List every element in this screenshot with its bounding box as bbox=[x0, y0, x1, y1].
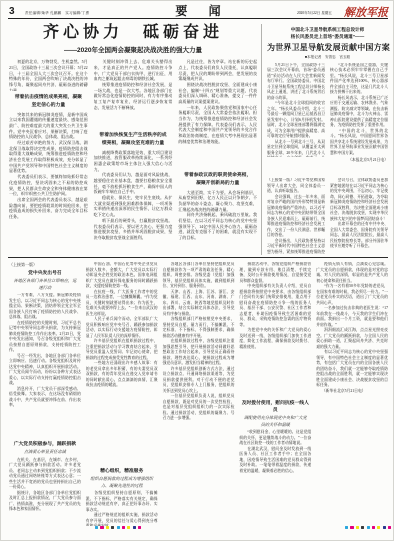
print-mark bbox=[122, 526, 125, 529]
page-date: 2020年5月22日 星期五 bbox=[297, 11, 332, 16]
bottom-subhead-2-deck: 点滴爱心彰显责任忠诚 bbox=[12, 449, 78, 456]
editors-line: 责任编辑/柴华 孔鹏鹏 实习编辑/丁勇 bbox=[25, 11, 89, 16]
print-mark bbox=[356, 526, 359, 529]
jump-top-column-1: （上接第一版）习近平等党和国家领导人出席大会，同全体委员一道，认真听取报告。 会… bbox=[267, 178, 325, 254]
print-mark bbox=[133, 526, 136, 529]
lead-subtitle: ——2020年全国两会凝聚起决战决胜的强大力量 bbox=[9, 45, 257, 54]
print-mark bbox=[361, 526, 364, 529]
bottom-col5-text: 疫情无情人有情，点滴爱心见忠诚。广大党员的自愿捐款，体现的是对党的忠诚、对人民的… bbox=[316, 262, 388, 394]
print-registration-marks-right bbox=[345, 526, 391, 529]
beidou-kicker-line1: 中国北斗卫星导航系统工程总设计师 bbox=[267, 26, 388, 33]
print-mark bbox=[372, 526, 375, 529]
beidou-column-2: “北斗系统是国之重器，关键核心技术必须牢牢掌握在自己手里。”杨长风说，北斗三号卫… bbox=[330, 63, 388, 157]
lead-col3-text: 大道至简，实干为要。从会场到基层，从庙堂到田野，亿万人民正以只争朝夕、不负韶华的… bbox=[178, 190, 257, 241]
lead-column-1: 初夏的北京，万物勃发，生机盎然。5月21日，全国政协十三届三次会议开幕；5月22… bbox=[9, 59, 88, 243]
bottom-subhead-1-deck: 各地区各部门各单位立即响应，迅速行动 bbox=[12, 278, 78, 291]
lead-col2-text: 减税降费政策落地见效，重大项目建设加快推进，放管服改革持续深化，一系列纾困惠企政… bbox=[94, 150, 173, 241]
print-mark bbox=[100, 526, 103, 529]
bottom-columns: （上接第一版） 党中央发出号召 各地区各部门各单位立即响应，迅速行动 一方有难，… bbox=[9, 262, 388, 526]
bottom-subhead-3: 精心组织，精准服务 bbox=[88, 468, 156, 475]
print-mark bbox=[367, 526, 370, 529]
print-mark bbox=[138, 526, 141, 529]
masthead-logo: 解放军报 bbox=[344, 8, 388, 19]
beidou-article: 中国北斗卫星导航系统工程总设计师 杨长风委员走上首场“委员通道”—— 为世界卫星… bbox=[267, 26, 388, 163]
lead-columns: 初夏的北京，万物勃发，生机盎然。5月21日，全国政协十三届三次会议开幕；5月22… bbox=[9, 59, 257, 243]
bottom-column-4: 捐款活动中，各级党组织严格捐款管理，做到专款专用、账目清楚、手续完备，及时公开捐… bbox=[239, 262, 311, 526]
bottom-col1-text: 在机关、在基层，在城市、在乡村，广大党员踊跃参与捐款活动。许多老党员、老同志主动… bbox=[9, 458, 81, 513]
jump-article-columns: （上接第一版）习近平等党和国家领导人出席大会，同全体委员一道，认真听取报告。 会… bbox=[267, 178, 388, 254]
lead-col2-text: 关键时刻冲得上去、危难关头豁得出来，才是真正的共产党人。疫情防控斗争中，广大党员… bbox=[94, 59, 173, 129]
bottom-column-1: （上接第一版） 党中央发出号召 各地区各部门各单位立即响应，迅速行动 一方有难，… bbox=[9, 262, 81, 526]
beidou-kicker-line2: 杨长风委员走上首场“委员通道”—— bbox=[267, 33, 388, 40]
vertical-divider bbox=[261, 24, 262, 255]
lead-subhead-3: 带着参政议政的职责使命亮相，凝聚开创新局的力量 bbox=[182, 172, 253, 186]
section-divider-rule bbox=[8, 257, 388, 258]
print-mark bbox=[95, 526, 98, 529]
print-registration-marks-left bbox=[95, 526, 141, 529]
beidou-headline: 为世界卫星导航发展贡献中国方案 bbox=[267, 43, 388, 53]
page-number: 3 bbox=[9, 7, 15, 17]
print-mark bbox=[106, 526, 109, 529]
beidou-byline: ■本报记者 安普忠 宫玉聪 bbox=[267, 55, 388, 60]
lead-subhead-2: 带着加快恢复生产生活秩序的成绩亮相，凝聚攻坚克难的力量 bbox=[98, 132, 169, 146]
page-header: 3 责任编辑/柴华 孔鹏鹏 实习编辑/丁勇 要 闻 2020年5月22日 星期五… bbox=[8, 4, 388, 19]
lead-subhead-1: 带着抗击疫情的成果亮相，凝聚坚定信心的力量 bbox=[13, 94, 84, 108]
jump-top-column-2: 会议号召，全体政协委员更加紧密地团结在以习近平同志为核心的党中央周围，不忘初心、… bbox=[330, 178, 388, 254]
bottom-col4-text: “收到慰问金，心里暖暖的。这是党组织的关怀，更是继续战斗的动力。”一位奋战在社区… bbox=[239, 430, 311, 474]
bottom-col4-text: 捐款活动中，各级党组织严格捐款管理，做到专款专用、账目清楚、手续完备，及时公开捐… bbox=[239, 262, 311, 398]
bottom-subhead-4: 及时拨付使用，慰问抗疫一线人员 bbox=[241, 400, 309, 414]
bottom-subhead-1: 党中央发出号召 bbox=[11, 270, 79, 277]
print-mark bbox=[117, 526, 120, 529]
print-mark bbox=[127, 526, 130, 529]
bottom-col3-text: 各地区各部门各单位坚持把组织党员自愿捐款作为一项严肃的政治任务，精心组织、周密安… bbox=[163, 262, 235, 422]
bottom-column-5: 疫情无情人有情，点滴爱心见忠诚。广大党员的自愿捐款，体现的是对党的忠诚、对人民的… bbox=[316, 262, 388, 526]
print-mark bbox=[345, 526, 348, 529]
bottom-article: （上接第一版） 党中央发出号召 各地区各部门各单位立即响应，迅速行动 一方有难，… bbox=[9, 262, 388, 526]
lead-col3-text: 凡是过往，皆为序章。站在新的历史起点上，代表委员们肩负人民重托，认真履职尽责，把… bbox=[178, 59, 257, 169]
bottom-subhead-3-deck: 组织自愿捐款的过程成为增强组织力、凝聚先进性的过程 bbox=[89, 476, 155, 489]
beidou-columns: 5月21日下午，全国政协十三届三次会议开幕前，首场“委员通道”采访活动在人民大会… bbox=[267, 63, 388, 157]
bottom-subhead-4-deck: 调配使用充分体现党中央和广大党员的关怀和温暖 bbox=[242, 415, 308, 428]
bottom-subhead-2: 广大党员积极参与，踊跃捐款 bbox=[11, 441, 79, 448]
bottom-col2-text: 中国石油、中国石化等中央企业党员捐款人数多、金额大，广大党员以实际行动彰显央企姓… bbox=[86, 262, 158, 466]
section-title: 要 闻 bbox=[166, 5, 229, 18]
bottom-column-3: 各地区各部门各单位坚持把组织党员自愿捐款作为一项严肃的政治任务，精心组织、周密安… bbox=[163, 262, 235, 526]
lead-column-3: 凡是过往，皆为序章。站在新的历史起点上，代表委员们肩负人民重托，认真履职尽责，把… bbox=[178, 59, 257, 243]
bottom-col2-text: 各级党组织坚持自愿原则，不搞摊派、不下指标，严格落实有关规定，确保捐款活动规范有… bbox=[86, 491, 158, 526]
bottom-col1-text: 一方有难，八方支援。新冠肺炎疫情发生后，以习近平同志为核心的党中央统揽全局、果断… bbox=[9, 293, 81, 439]
newspaper-page: 3 责任编辑/柴华 孔鹏鹏 实习编辑/丁勇 要 闻 2020年5月22日 星期五… bbox=[0, 0, 394, 541]
jump-article-top: （上接第一版）习近平等党和国家领导人出席大会，同全体委员一道，认真听取报告。 会… bbox=[267, 178, 388, 254]
lead-article: 齐心协力 砥砺奋进 ——2020年全国两会凝聚起决战决胜的强大力量 初夏的北京，… bbox=[9, 24, 257, 243]
print-mark bbox=[383, 526, 386, 529]
lead-col1-text: 初夏的北京，万物勃发，生机盎然。5月21日，全国政协十三届三次会议开幕；5月22… bbox=[9, 59, 88, 91]
jump-note: （上接第一版） bbox=[9, 262, 81, 268]
lead-col1-text: 突如其来的新冠肺炎疫情，是新中国成立以来我国遭遇的传播速度最快、感染范围最广、防… bbox=[9, 112, 88, 220]
print-mark bbox=[350, 526, 353, 529]
bottom-column-2: 中国石油、中国石化等中央企业党员捐款人数多、金额大，广大党员以实际行动彰显央企姓… bbox=[86, 262, 158, 526]
print-mark bbox=[377, 526, 380, 529]
beidou-dateline: （本报北京5月21日电） bbox=[267, 158, 388, 163]
print-mark bbox=[388, 526, 391, 529]
lead-column-2: 关键时刻冲得上去、危难关头豁得出来，才是真正的共产党人。疫情防控斗争中，广大党员… bbox=[94, 59, 173, 243]
lead-headline: 齐心协力 砥砺奋进 bbox=[9, 24, 257, 42]
print-mark bbox=[111, 526, 114, 529]
beidou-column-1: 5月21日下午，全国政协十三届三次会议开幕前，首场“委员通道”采访活动在人民大会… bbox=[267, 63, 325, 157]
